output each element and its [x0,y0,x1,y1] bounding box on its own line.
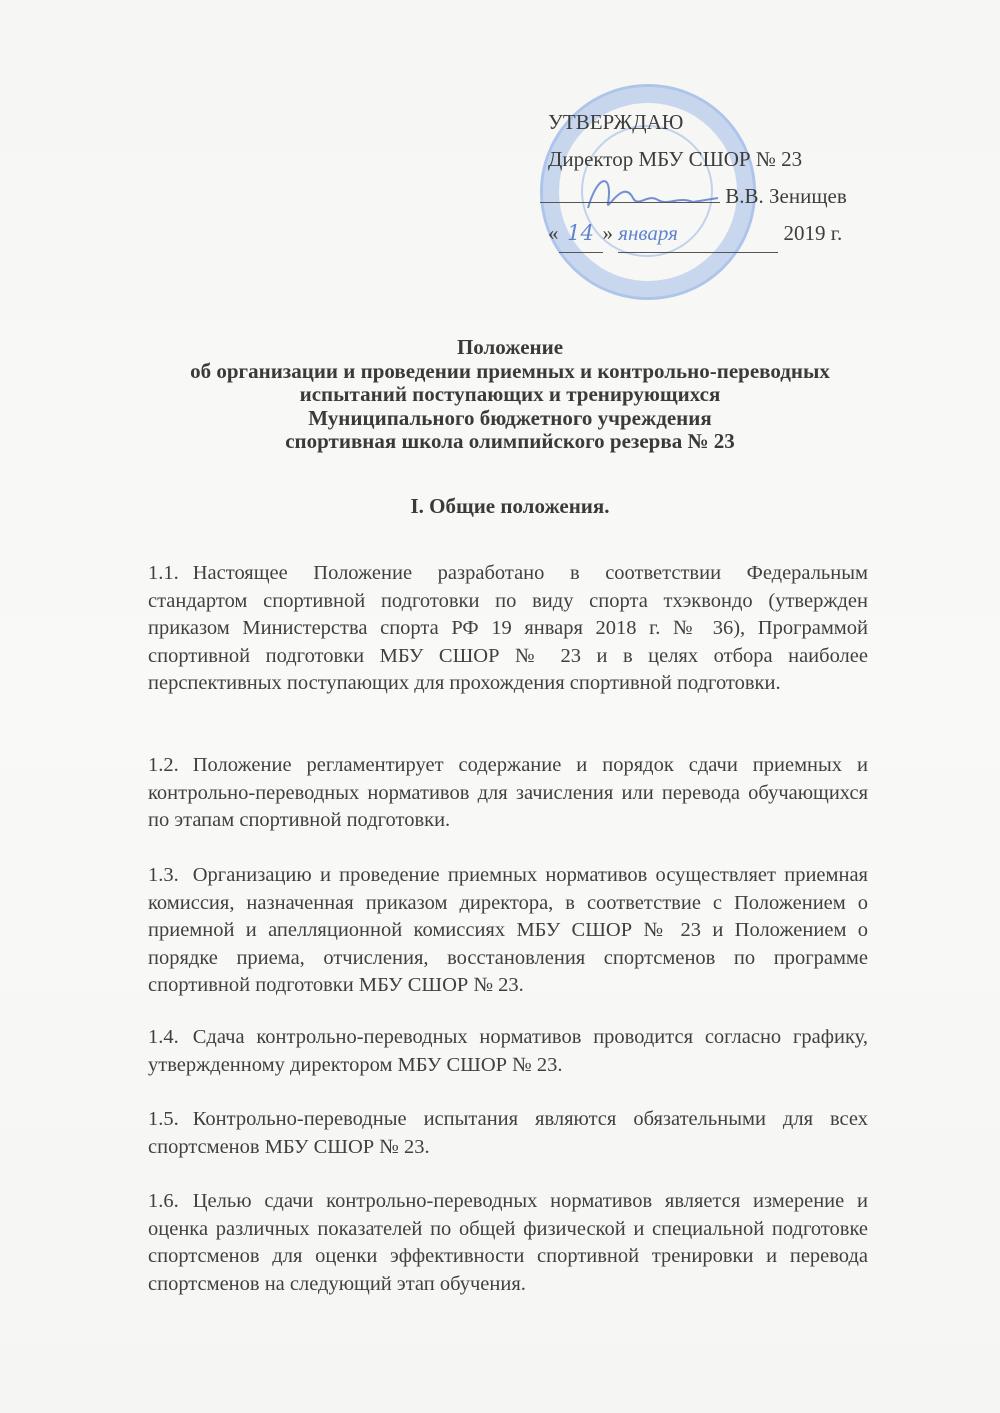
paragraph-1-6: 1.6.Целью сдачи контрольно-переводных но… [148,1188,868,1298]
paragraph-number: 1.1. [148,562,179,584]
paragraph-text: Организацию и проведение приемных нормат… [148,864,868,996]
date-year: 2019 г. [784,221,843,245]
title-line-3: испытаний поступающих и тренирующихся [120,383,900,407]
signature-line: В.В. Зенищев [548,178,888,215]
paragraph-1-2: 1.2.Положение регламентирует содержание … [148,752,868,835]
date-month: января [618,215,778,253]
paragraph-number: 1.4. [148,1026,179,1048]
title-line-4: Муниципального бюджетного учреждения [120,407,900,431]
document-page: УТВЕРЖДАЮ Директор МБУ СШОР № 23 В.В. Зе… [0,0,1000,1413]
signature-blank [540,202,720,203]
approval-date: «14» января 2019 г. [548,215,888,253]
paragraph-number: 1.6. [148,1190,179,1212]
paragraph-number: 1.3. [148,864,179,886]
approval-block: УТВЕРЖДАЮ Директор МБУ СШОР № 23 В.В. Зе… [548,104,888,253]
approver-position: Директор МБУ СШОР № 23 [548,141,888,178]
quote-close: » [603,221,614,245]
title-line-1: Положение [120,336,900,360]
date-day: 14 [559,215,603,253]
paragraph-text: Целью сдачи контрольно-переводных нормат… [148,1190,868,1295]
paragraph-number: 1.5. [148,1108,179,1130]
paragraph-1-1: 1.1.Настоящее Положение разработано в со… [148,560,868,698]
quote-open: « [548,221,559,245]
paragraph-1-3: 1.3.Организацию и проведение приемных но… [148,862,868,1000]
paragraph-1-5: 1.5.Контрольно-переводные испытания явля… [148,1106,868,1161]
paragraph-1-4: 1.4.Сдача контрольно-переводных норматив… [148,1024,868,1079]
paragraph-text: Контрольно-переводные испытания являются… [148,1108,868,1158]
title-line-5: спортивная школа олимпийского резерва № … [120,430,900,454]
section-heading: I. Общие положения. [120,494,900,519]
document-title: Положение об организации и проведении пр… [120,336,900,454]
paragraph-text: Сдача контрольно-переводных нормативов п… [148,1026,868,1076]
approver-name: В.В. Зенищев [725,184,847,208]
paragraph-number: 1.2. [148,754,179,776]
paragraph-text: Положение регламентирует содержание и по… [148,754,868,831]
paragraph-text: Настоящее Положение разработано в соотве… [148,562,868,694]
approval-heading: УТВЕРЖДАЮ [548,104,888,141]
title-line-2: об организации и проведении приемных и к… [120,360,900,384]
